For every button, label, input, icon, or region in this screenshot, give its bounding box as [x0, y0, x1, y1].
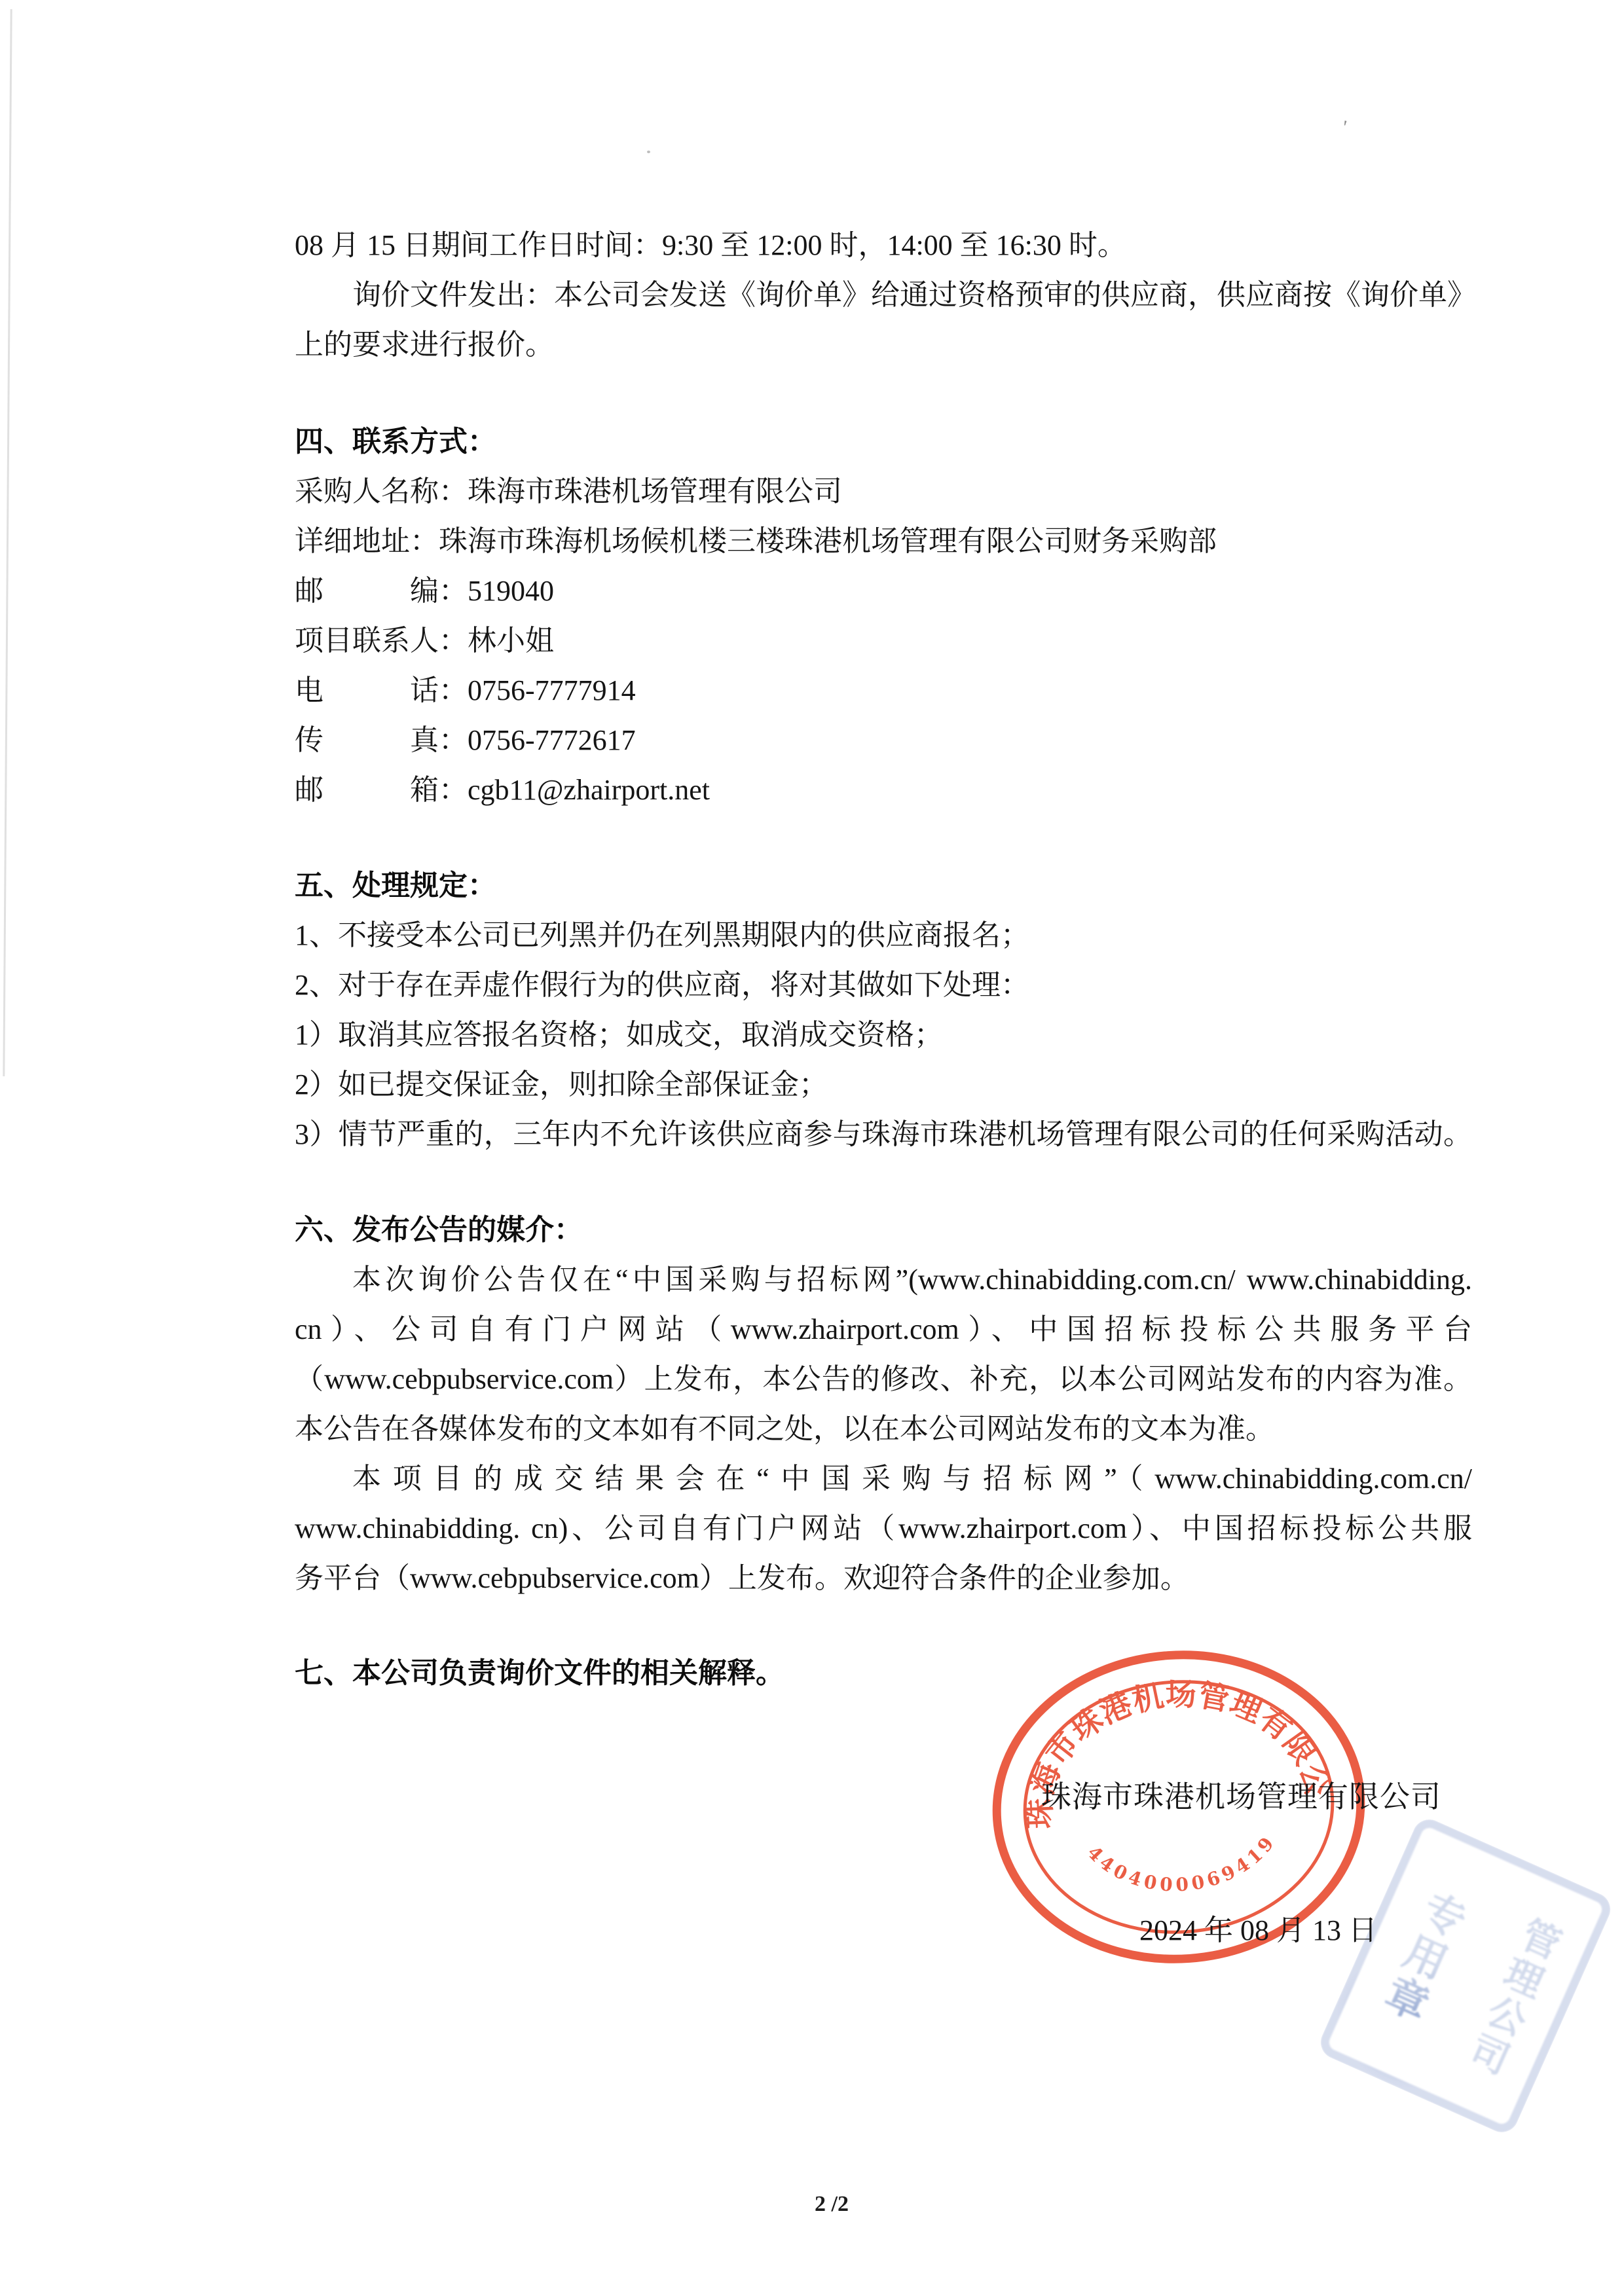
contact-line-postcode: 邮 编：519040 [295, 572, 1472, 610]
list-item: 1、不接受本公司已列黑并仍在列黑期限内的供应商报名； [295, 917, 1472, 955]
contact-line-email: 邮 箱：cgb11@zhairport.net [295, 771, 1472, 809]
body-line: 上的要求进行报价。 [295, 326, 1472, 364]
seal-code: 4404000069419 [1082, 1829, 1282, 1903]
list-item: 1）取消其应答报名资格；如成交，取消成交资格； [295, 1016, 1472, 1054]
list-item: 2）如已提交保证金，则扣除全部保证金； [295, 1066, 1472, 1104]
contact-line-fax: 传 真：0756-7772617 [295, 721, 1472, 759]
blue-seal-text-left: 专用章 [1367, 1882, 1477, 2032]
body-line: 本次询价公告仅在“中国采购与招标网”(www.chinabidding.com.… [295, 1261, 1472, 1299]
scan-artifact-line [3, 9, 12, 1076]
blue-seal-text-right: 管理公司 [1452, 1908, 1571, 2084]
body-line: 本公告在各媒体发布的文本如有不同之处，以在本公司网站发布的文本为准。 [295, 1410, 1472, 1448]
scan-artifact-tick: ' [1340, 117, 1348, 139]
section-heading-rules: 五、处理规定： [295, 867, 1472, 905]
company-signature: 珠海市珠港机场管理有限公司 [1041, 1773, 1441, 1816]
document-page: ' 08 月 15 日期间工作日时间：9:30 至 12:00 时，14:00 … [0, 0, 1624, 2296]
scan-artifact-speck [647, 151, 650, 153]
section-heading-contact: 四、联系方式： [295, 423, 1472, 461]
body-line: 务平台（www.cebpubservice.com）上发布。欢迎符合条件的企业参… [295, 1559, 1472, 1597]
contact-line-address: 详细地址：珠海市珠海机场候机楼三楼珠港机场管理有限公司财务采购部 [295, 522, 1472, 560]
body-line: 本项目的成交结果会在“中国采购与招标网”（www.chinabidding.co… [295, 1460, 1472, 1498]
body-line: www.chinabidding. cn)、公司自有门户网站（www.zhair… [295, 1510, 1472, 1548]
list-item: 3）情节严重的，三年内不允许该供应商参与珠海市珠港机场管理有限公司的任何采购活动… [295, 1116, 1472, 1154]
body-line: 询价文件发出：本公司会发送《询价单》给通过资格预审的供应商，供应商按《询价单》 [295, 276, 1472, 314]
list-item: 2、对于存在弄虚作假行为的供应商，将对其做如下处理： [295, 966, 1472, 1004]
signature-date: 2024 年 08 月 13 日 [1139, 1906, 1377, 1948]
contact-line-person: 项目联系人：林小姐 [295, 622, 1472, 660]
body-line: cn）、公司自有门户网站（www.zhairport.com）、中国招标投标公共… [295, 1311, 1472, 1349]
contact-line-purchaser: 采购人名称：珠海市珠港机场管理有限公司 [295, 473, 1472, 511]
contact-line-phone: 电 话：0756-7777914 [295, 672, 1472, 710]
page-number: 2 /2 [714, 2192, 950, 2217]
body-line: （www.cebpubservice.com）上发布，本公告的修改、补充，以本公… [295, 1360, 1472, 1398]
svg-text:4404000069419: 4404000069419 [1082, 1829, 1282, 1903]
section-heading-media: 六、发布公告的媒介： [295, 1211, 1472, 1249]
body-line: 08 月 15 日期间工作日时间：9:30 至 12:00 时，14:00 至 … [295, 227, 1472, 264]
